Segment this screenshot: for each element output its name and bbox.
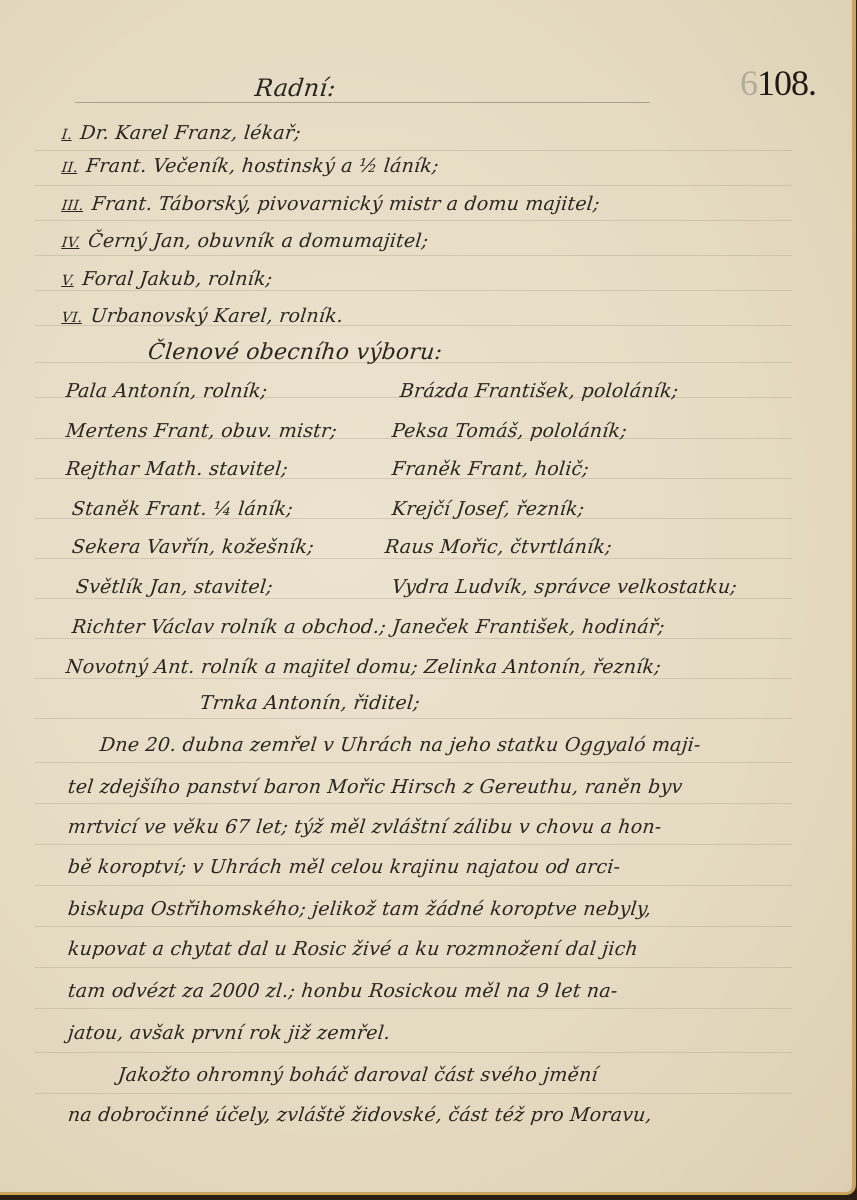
- ruled-line: [35, 803, 792, 804]
- ruled-line: [35, 1008, 792, 1009]
- ruled-line: [35, 762, 792, 763]
- councillor-entry: V.Foral Jakub, rolník;: [61, 268, 274, 290]
- committee-member: Franěk Frant, holič;: [391, 458, 590, 480]
- section-title: Radní:: [254, 74, 338, 102]
- ruled-line: [35, 185, 792, 186]
- committee-member: Staněk Frant. ¼ láník;: [71, 498, 294, 520]
- councillor-entry: IV.Černý Jan, obuvník a domumajitel;: [61, 230, 430, 252]
- ruled-line: [35, 150, 792, 151]
- ruled-line: [35, 1052, 792, 1053]
- paragraph-line: mrtvicí ve věku 67 let; týž měl zvláštní…: [67, 816, 663, 838]
- committee-member: Vydra Ludvík, správce velkostatku;: [391, 576, 738, 598]
- page-number: 6108.: [740, 62, 816, 104]
- ruled-line: [35, 844, 792, 845]
- title-underline: [75, 102, 650, 103]
- paragraph-line: Jakožto ohromný boháč daroval část svého…: [117, 1064, 599, 1086]
- ruled-line: [35, 678, 792, 679]
- paragraph-line: kupovat a chytat dal u Rosic živé a ku r…: [67, 938, 639, 960]
- ruled-line: [35, 255, 792, 256]
- committee-member-row: Novotný Ant. rolník a majitel domu; Zeli…: [65, 656, 662, 678]
- ruled-line: [35, 1093, 792, 1094]
- committee-member: Světlík Jan, stavitel;: [75, 576, 274, 598]
- paragraph-line: biskupa Ostřihomského; jelikož tam žádné…: [67, 898, 653, 920]
- page-number-ghost: 6: [740, 63, 757, 103]
- committee-member: Rejthar Math. stavitel;: [65, 458, 289, 480]
- ruled-line: [35, 885, 792, 886]
- committee-member-row: Richter Václav rolník a obchod.; Janeček…: [71, 616, 666, 638]
- paragraph-line: tam odvézt za 2000 zl.; honbu Rosickou m…: [67, 980, 619, 1002]
- councillor-entry: II.Frant. Večeník, hostinský a ½ láník;: [61, 155, 440, 177]
- ruled-line: [35, 967, 792, 968]
- ruled-line: [35, 220, 792, 221]
- manuscript-page: 6108. Radní: I.Dr. Karel Franz, lékař; I…: [0, 0, 856, 1195]
- committee-member: Brázda František, pololáník;: [399, 380, 680, 402]
- committee-heading: Členové obecního výboru:: [147, 340, 444, 365]
- councillor-entry: VI.Urbanovský Karel, rolník.: [61, 305, 345, 327]
- councillor-entry: I.Dr. Karel Franz, lékař;: [61, 122, 302, 144]
- councillor-entry: III.Frant. Táborský, pivovarnický mistr …: [61, 193, 601, 215]
- ruled-line: [35, 718, 792, 719]
- ruled-line: [35, 558, 792, 559]
- paragraph-line: na dobročinné účely, zvláště židovské, č…: [67, 1104, 653, 1126]
- committee-member: Trnka Antonín, řiditel;: [199, 692, 421, 714]
- committee-member: Pala Antonín, rolník;: [65, 380, 269, 402]
- paragraph-line: jatou, avšak první rok již zemřel.: [67, 1022, 392, 1044]
- committee-member: Raus Mořic, čtvrtláník;: [384, 536, 613, 558]
- ruled-line: [35, 598, 792, 599]
- committee-member: Krejčí Josef, řezník;: [391, 498, 586, 520]
- paragraph-line: bě koroptví; v Uhrách měl celou krajinu …: [67, 856, 622, 878]
- ruled-line: [35, 290, 792, 291]
- ruled-line: [35, 926, 792, 927]
- committee-member: Sekera Vavřín, kožešník;: [71, 536, 315, 558]
- committee-member: Mertens Frant, obuv. mistr;: [65, 420, 338, 442]
- ruled-line: [35, 638, 792, 639]
- paragraph-line: tel zdejšího panství baron Mořic Hirsch …: [67, 776, 684, 798]
- committee-member: Peksa Tomáš, pololáník;: [391, 420, 628, 442]
- paragraph-line: Dne 20. dubna zemřel v Uhrách na jeho st…: [99, 734, 702, 756]
